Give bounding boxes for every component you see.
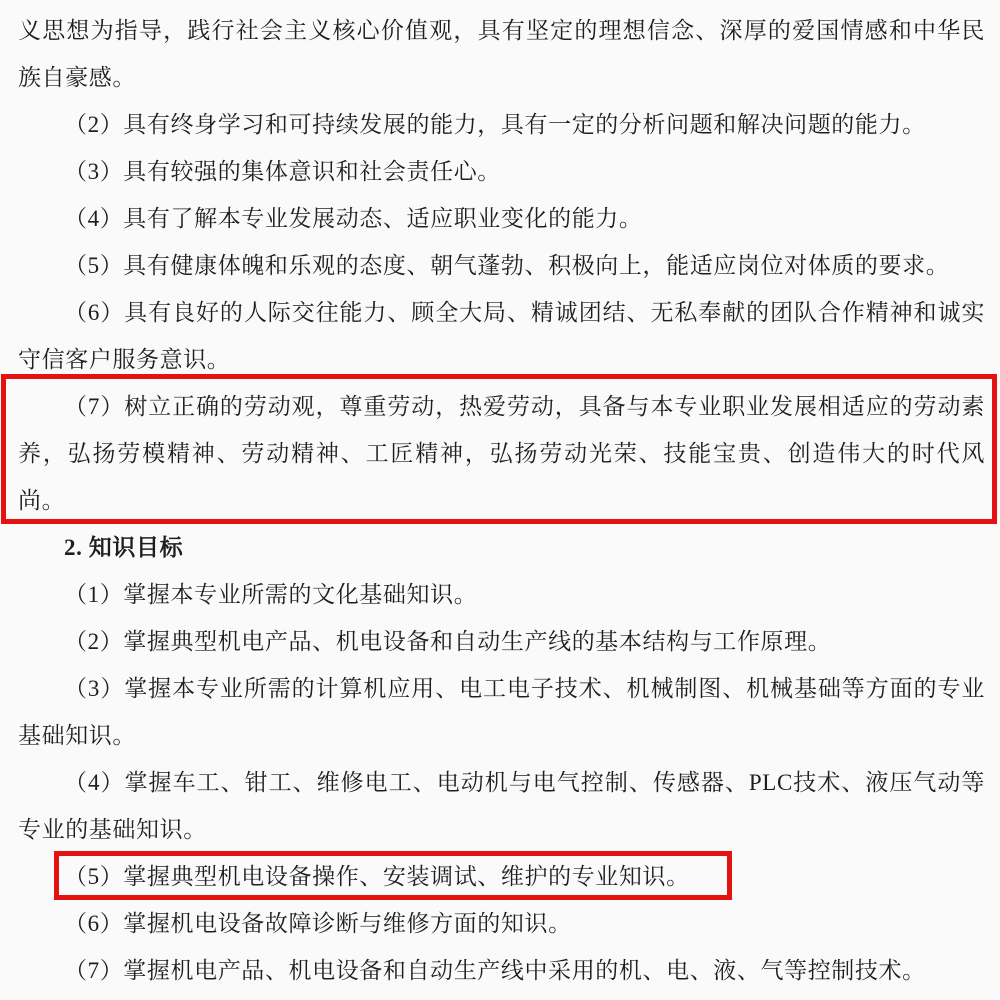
knowledge-item-4: （4）掌握车工、钳工、维修电工、电动机与电气控制、传感器、PLC技术、液压气动等…: [18, 759, 985, 853]
quality-item-2: （2）具有终身学习和可持续发展的能力，具有一定的分析问题和解决问题的能力。: [18, 101, 985, 148]
paragraph-continuation: 义思想为指导，践行社会主义核心价值观，具有坚定的理想信念、深厚的爱国情感和中华民…: [18, 7, 985, 101]
document-page: 义思想为指导，践行社会主义核心价值观，具有坚定的理想信念、深厚的爱国情感和中华民…: [0, 0, 1000, 1000]
knowledge-item-6: （6）掌握机电设备故障诊断与维修方面的知识。: [18, 900, 985, 947]
knowledge-goals-heading: 2. 知识目标: [18, 524, 985, 571]
knowledge-item-5-highlighted: （5）掌握典型机电设备操作、安装调试、维护的专业知识。: [18, 853, 985, 900]
quality-item-6: （6）具有良好的人际交往能力、顾全大局、精诚团结、无私奉献的团队合作精神和诚实守…: [18, 289, 985, 383]
quality-item-5: （5）具有健康体魄和乐观的态度、朝气蓬勃、积极向上，能适应岗位对体质的要求。: [18, 242, 985, 289]
knowledge-item-1: （1）掌握本专业所需的文化基础知识。: [18, 571, 985, 618]
knowledge-item-7: （7）掌握机电产品、机电设备和自动生产线中采用的机、电、液、气等控制技术。: [18, 947, 985, 994]
quality-item-7-highlighted: （7）树立正确的劳动观，尊重劳动，热爱劳动，具备与本专业职业发展相适应的劳动素养…: [18, 383, 985, 524]
knowledge-item-3: （3）掌握本专业所需的计算机应用、电工电子技术、机械制图、机械基础等方面的专业基…: [18, 665, 985, 759]
quality-item-4: （4）具有了解本专业发展动态、适应职业变化的能力。: [18, 195, 985, 242]
quality-item-3: （3）具有较强的集体意识和社会责任心。: [18, 148, 985, 195]
knowledge-item-2: （2）掌握典型机电产品、机电设备和自动生产线的基本结构与工作原理。: [18, 618, 985, 665]
